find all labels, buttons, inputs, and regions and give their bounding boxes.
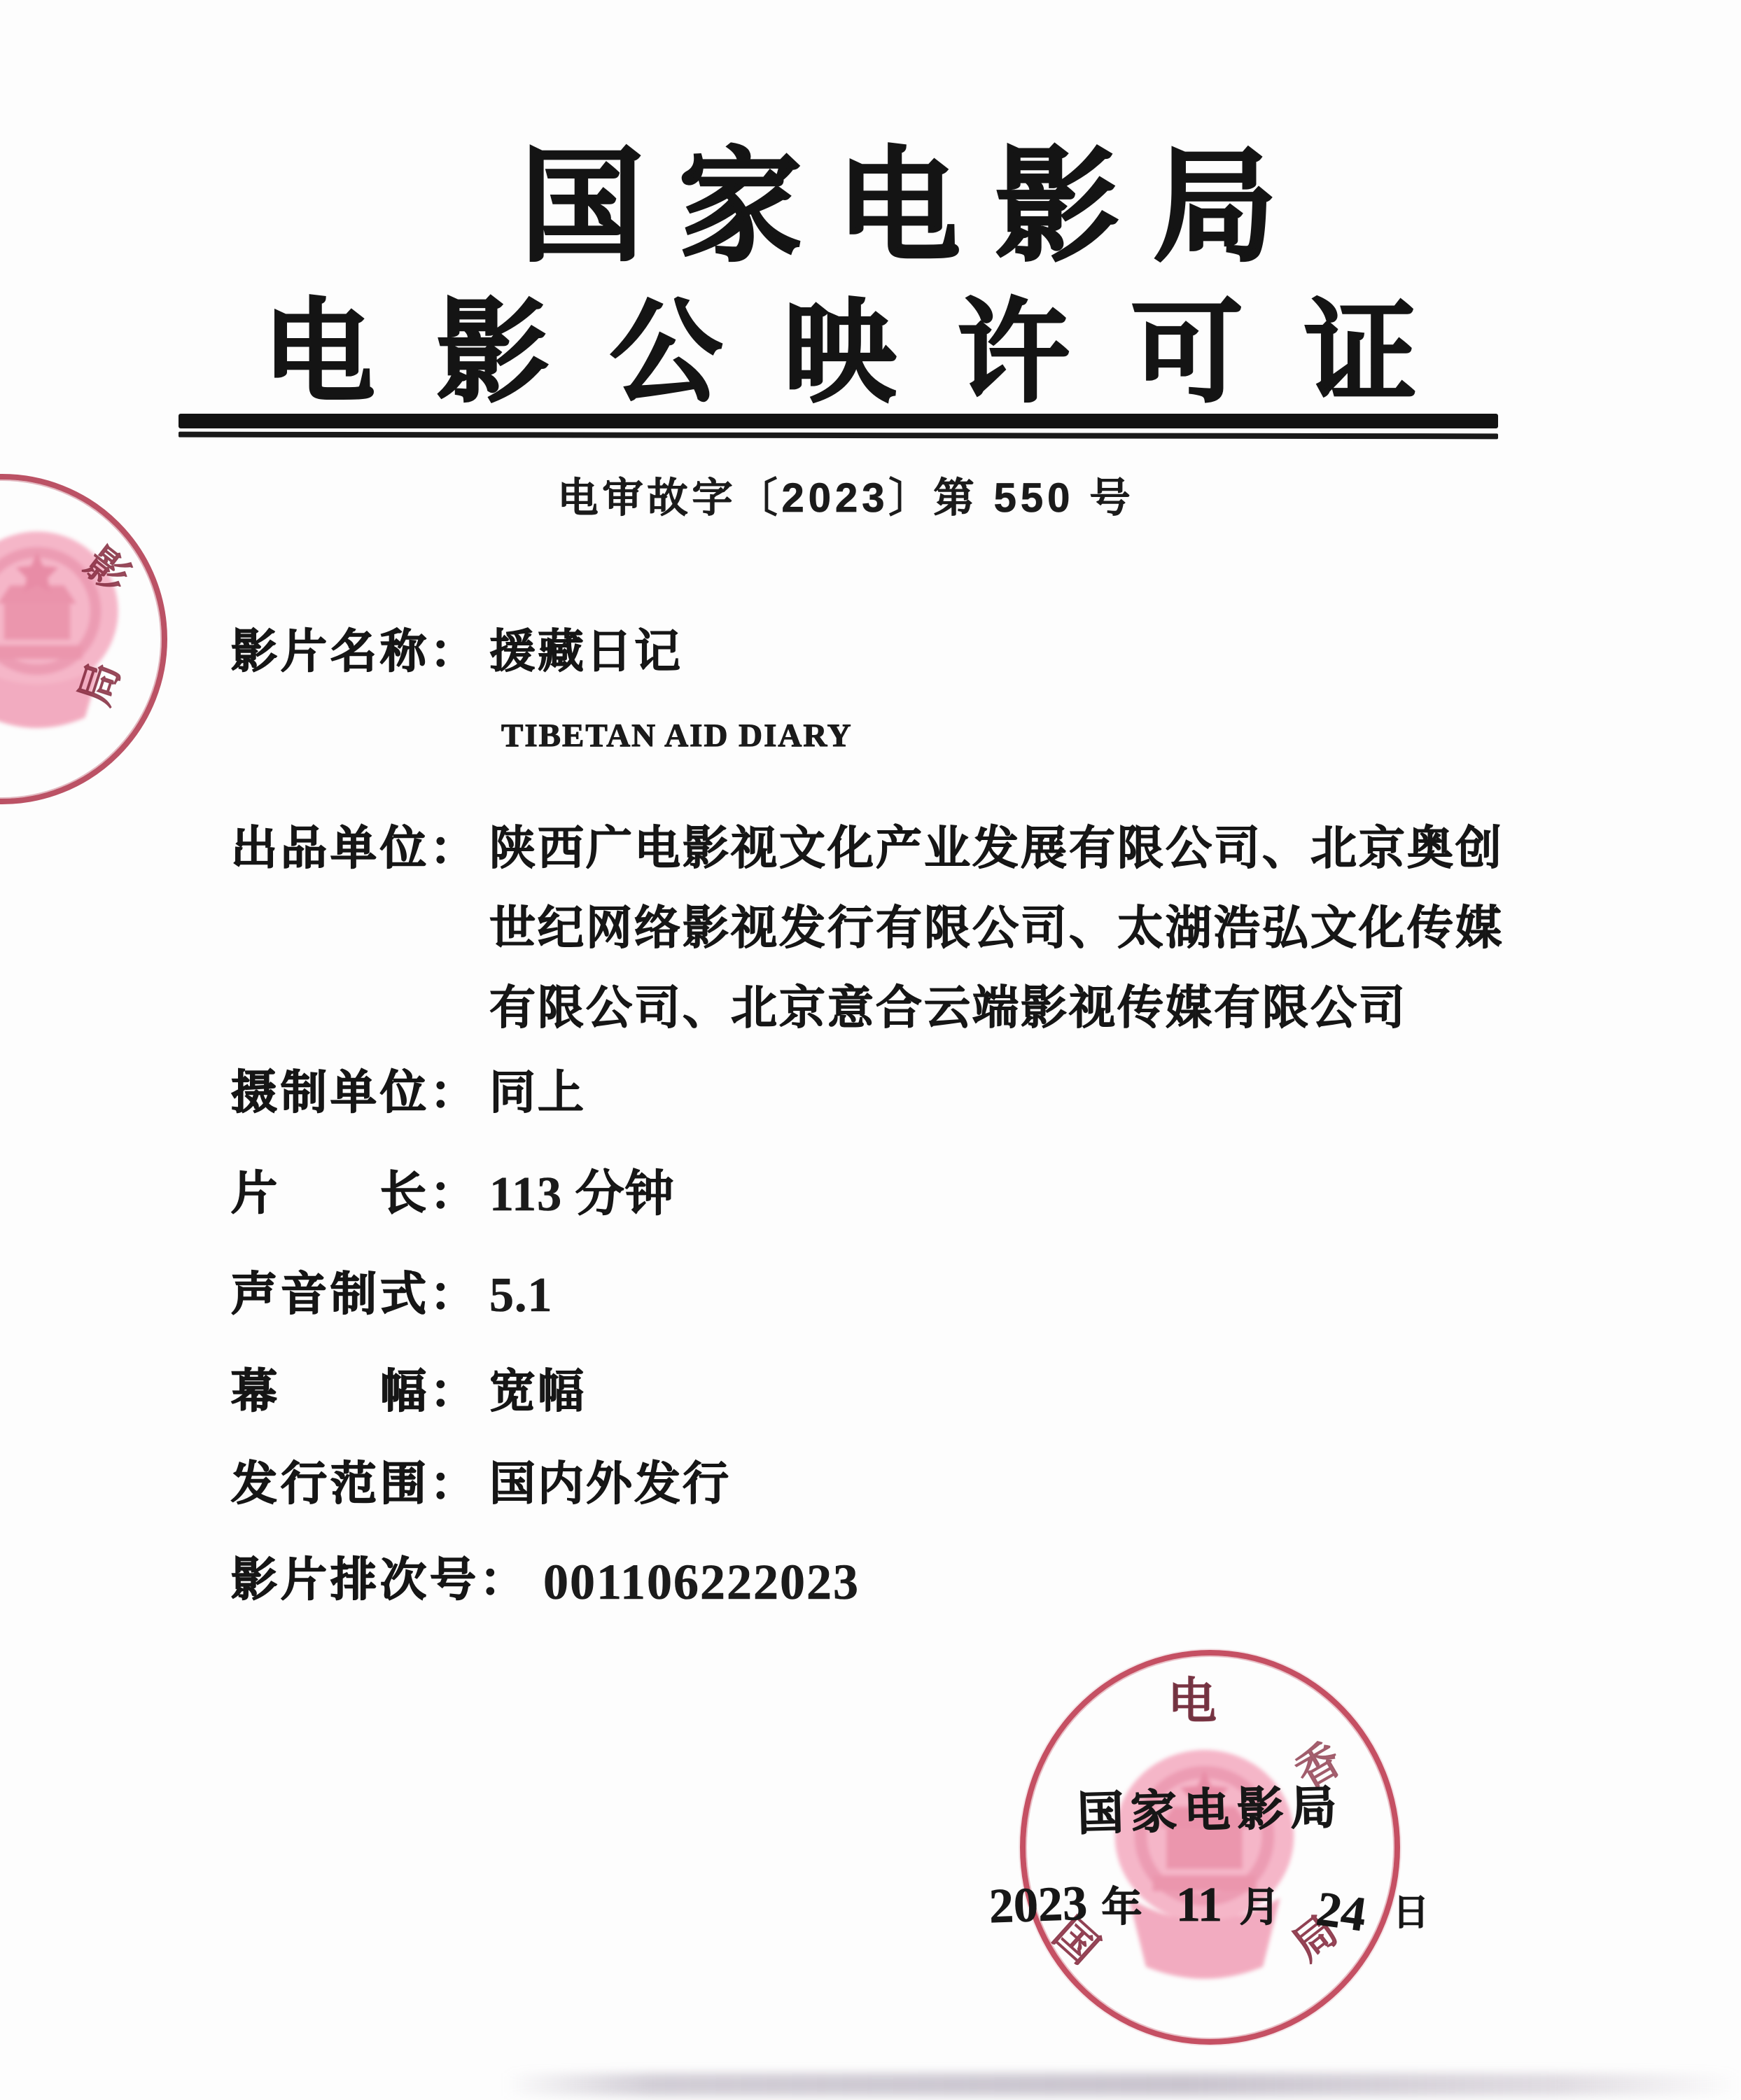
field-label: 出品单位： xyxy=(231,808,480,888)
issue-date-month: 11 xyxy=(1176,1877,1222,1933)
issuing-authority: 国家电影局 xyxy=(1076,1770,1343,1843)
document-title: 电影公映许可证 xyxy=(0,297,1710,409)
field-label: 声音制式： xyxy=(231,1268,480,1321)
issue-date-month-unit: 月 xyxy=(1240,1874,1280,1933)
scan-artifact-band xyxy=(504,2073,1741,2096)
issue-date-year: 2023 xyxy=(988,1876,1089,1935)
field-value: 001106222023 xyxy=(543,1553,860,1611)
producer-line: 世纪网络影视发行有限公司、太湖浩弘文化传媒 xyxy=(489,888,1504,967)
field-value: 宽幅 xyxy=(489,1365,586,1418)
field-production-unit: 摄制单位： 同上 xyxy=(231,1066,586,1119)
field-label: 片 长： xyxy=(231,1167,480,1220)
title-divider xyxy=(179,414,1498,438)
seal-ring-character: 电 xyxy=(1168,1676,1217,1725)
field-value: 陕西广电影视文化产业发展有限公司、北京奥创 世纪网络影视发行有限公司、太湖浩弘文… xyxy=(489,808,1504,1047)
field-distribution-scope: 发行范围： 国内外发行 xyxy=(231,1457,731,1511)
field-film-length: 片 长： 113 分钟 xyxy=(231,1167,675,1224)
issue-date-day-unit: 日 xyxy=(1392,1883,1429,1935)
field-film-name: 影片名称： 援藏日记 xyxy=(231,625,683,678)
permit-number: 电审故字〔2023〕第 550 号 xyxy=(0,465,1716,524)
field-value: 5.1 xyxy=(489,1268,553,1324)
field-value: 同上 xyxy=(489,1066,586,1119)
field-producer: 出品单位： 陕西广电影视文化产业发展有限公司、北京奥创 世纪网络影视发行有限公司… xyxy=(231,808,1504,1047)
agency-name: 国家电影局 xyxy=(28,146,1741,269)
official-seal: 电 香 国 局 国家电影局 2023 年 11 月 24 日 xyxy=(1020,1650,1400,2045)
issue-date-day: 24 xyxy=(1313,1882,1369,1944)
field-label: 摄制单位： xyxy=(231,1066,480,1119)
divider-thick-line xyxy=(179,414,1498,428)
producer-line: 有限公司、北京意合云端影视传媒有限公司 xyxy=(489,967,1504,1047)
issue-date-year-unit: 年 xyxy=(1101,1874,1142,1933)
field-screen-format: 幕 幅： 宽幅 xyxy=(231,1365,586,1418)
permit-document: 影 局 国家电影局 电影公映许可证 电审故字〔2023〕第 550 号 影片名称… xyxy=(0,0,1741,2100)
field-value: 113 分钟 xyxy=(489,1167,675,1224)
producer-line: 陕西广电影视文化产业发展有限公司、北京奥创 xyxy=(489,808,1504,888)
field-label: 影片排次号： xyxy=(231,1553,529,1606)
issue-date: 2023 年 11 月 24 日 xyxy=(989,1874,1423,1933)
film-name-english: TIBETAN AID DIARY xyxy=(501,717,853,755)
divider-thin-line xyxy=(179,432,1498,440)
field-label: 影片名称： xyxy=(231,625,480,678)
field-sound-format: 声音制式： 5.1 xyxy=(231,1268,553,1324)
field-value: 国内外发行 xyxy=(489,1457,731,1511)
field-label: 幕 幅： xyxy=(231,1365,480,1418)
field-value: 援藏日记 xyxy=(489,625,683,678)
field-serial-number: 影片排次号： 001106222023 xyxy=(231,1553,860,1611)
field-label: 发行范围： xyxy=(231,1457,480,1511)
